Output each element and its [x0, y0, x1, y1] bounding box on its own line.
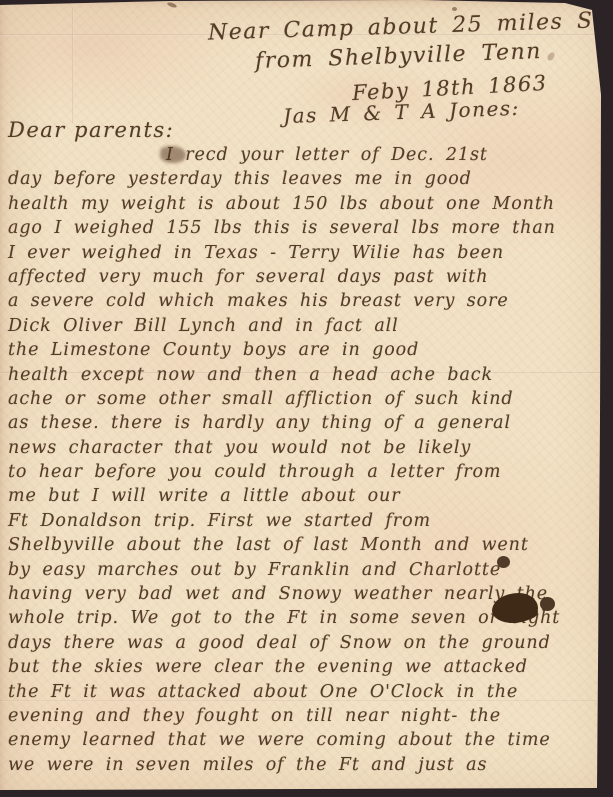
- ink-smudge: [160, 146, 186, 163]
- letter-line: Dick Oliver Bill Lynch and in fact all: [8, 314, 609, 338]
- letter-line: ache or some other small affliction of s…: [8, 387, 609, 411]
- letter-page: Near Camp about 25 miles S.W. from Shelb…: [0, 0, 613, 797]
- letter-line: evening and they fought on till near nig…: [8, 704, 609, 728]
- heading-location-line: Near Camp about 25 miles S.W.: [208, 7, 613, 45]
- scanned-letter: Near Camp about 25 miles S.W. from Shelb…: [0, 0, 613, 797]
- pen-mark: [546, 51, 556, 62]
- ink-blot: [497, 556, 510, 568]
- letter-line: to hear before you could through a lette…: [8, 460, 609, 484]
- letter-body: I recd your letter of Dec. 21st day befo…: [8, 143, 609, 777]
- ink-blot: [540, 597, 555, 611]
- letter-line: health my weight is about 150 lbs about …: [8, 192, 609, 216]
- letter-line: I ever weighed in Texas - Terry Wilie ha…: [8, 241, 609, 265]
- letter-line: me but I will write a little about our: [8, 484, 609, 508]
- letter-line: by easy marches out by Franklin and Char…: [8, 558, 609, 582]
- letter-line: we were in seven miles of the Ft and jus…: [8, 753, 609, 777]
- letter-line: affected very much for several days past…: [8, 265, 609, 289]
- letter-line: day before yesterday this leaves me in g…: [8, 167, 609, 191]
- letter-line: days there was a good deal of Snow on th…: [8, 631, 609, 655]
- heading-addressee-line: Jas M & T A Jones:: [283, 96, 521, 128]
- letter-line: Shelbyville about the last of last Month…: [8, 533, 609, 557]
- pen-mark: [452, 7, 457, 11]
- letter-line: enemy learned that we were coming about …: [8, 728, 609, 752]
- letter-line: news character that you would not be lik…: [8, 436, 609, 460]
- salutation: Dear parents:: [8, 118, 174, 142]
- letter-line: but the skies were clear the evening we …: [8, 655, 609, 679]
- letter-line: the Ft it was attacked about One O'Clock…: [8, 680, 609, 704]
- fold-crease-vertical: [72, 8, 74, 123]
- heading-location-line2: from Shelbyville Tenn: [255, 39, 543, 74]
- pen-mark: [167, 1, 178, 8]
- letter-line: Ft Donaldson trip. First we started from: [8, 509, 609, 533]
- letter-line: the Limestone County boys are in good: [8, 338, 609, 362]
- letter-line: a severe cold which makes his breast ver…: [8, 289, 609, 313]
- letter-line: ago I weighed 155 lbs this is several lb…: [8, 216, 609, 240]
- letter-line: health except now and then a head ache b…: [8, 363, 609, 387]
- letter-line: as these. there is hardly any thing of a…: [8, 411, 609, 435]
- letter-line: I recd your letter of Dec. 21st: [8, 143, 609, 167]
